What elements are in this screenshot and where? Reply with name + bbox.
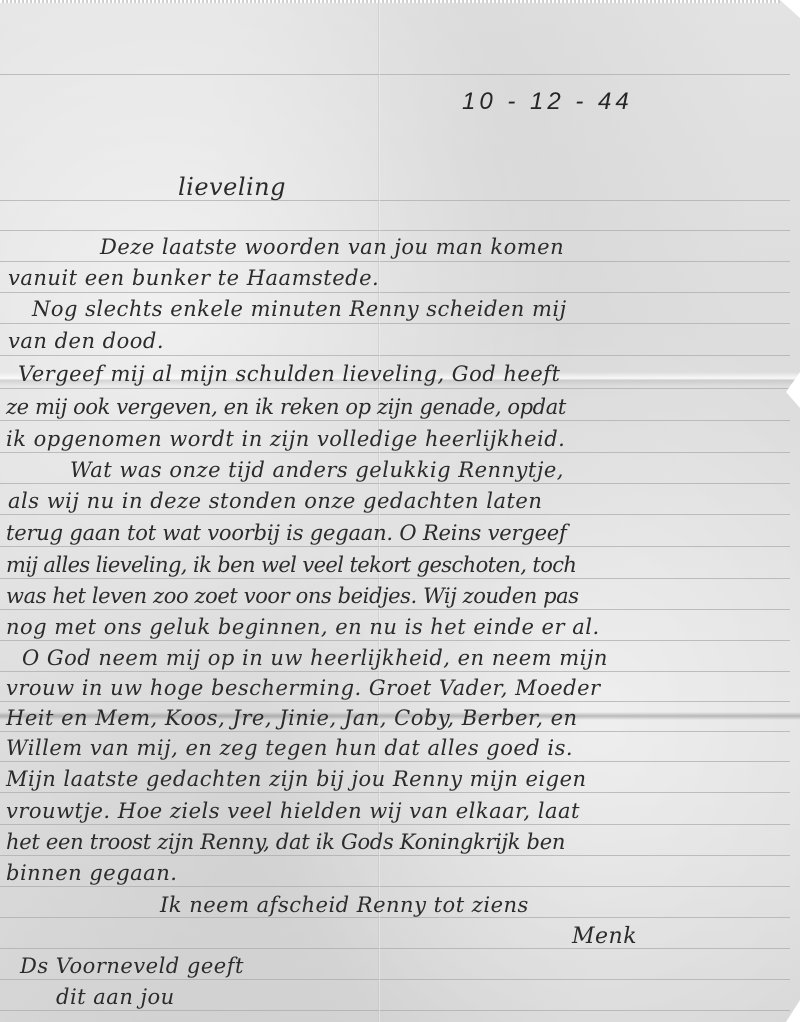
ruled-line bbox=[0, 671, 790, 672]
ruled-line bbox=[0, 261, 790, 262]
ruled-line bbox=[0, 514, 790, 515]
letter-line: van den dood. bbox=[8, 331, 164, 352]
signature: Menk bbox=[572, 926, 637, 948]
ruled-line bbox=[0, 483, 790, 484]
letter-line: Vergeef mij al mijn schulden lieveling, … bbox=[18, 364, 560, 385]
letter-line: vanuit een bunker te Haamstede. bbox=[8, 268, 379, 289]
ruled-line bbox=[0, 792, 790, 793]
ruled-line bbox=[0, 292, 790, 293]
letter-line: vrouw in uw hoge bescherming. Groet Vade… bbox=[6, 678, 601, 699]
letter-paper: 10 - 12 - 44 lieveling Deze laatste woor… bbox=[0, 0, 800, 1022]
ruled-line bbox=[0, 609, 790, 610]
letter-line: Heit en Mem, Koos, Jre, Jinie, Jan, Coby… bbox=[6, 708, 578, 729]
ruled-line bbox=[0, 546, 790, 547]
letter-line: Wat was onze tijd anders gelukkig Rennyt… bbox=[70, 460, 564, 481]
ruled-line bbox=[0, 1010, 790, 1011]
ruled-line bbox=[0, 578, 790, 579]
perforated-edge bbox=[0, 0, 780, 3]
letter-line: Willem van mij, en zeg tegen hun dat all… bbox=[6, 738, 573, 759]
ruled-line bbox=[0, 230, 790, 231]
closing-line: Ik neem afscheid Renny tot ziens bbox=[160, 895, 529, 916]
ruled-line bbox=[0, 917, 790, 918]
ruled-line bbox=[0, 200, 790, 201]
letter-line: nog met ons geluk beginnen, en nu is het… bbox=[6, 617, 600, 638]
ruled-line bbox=[0, 323, 790, 324]
letter-date: 10 - 12 - 44 bbox=[462, 90, 633, 114]
letter-line: Deze laatste woorden van jou man komen bbox=[100, 237, 564, 258]
ruled-line bbox=[0, 761, 790, 762]
letter-line: mij alles lieveling, ik ben wel veel tek… bbox=[6, 555, 576, 576]
letter-line: binnen gegaan. bbox=[6, 863, 177, 884]
ruled-line bbox=[0, 452, 790, 453]
letter-line: terug gaan tot wat voorbij is gegaan. O … bbox=[6, 523, 567, 544]
letter-line: Mijn laatste gedachten zijn bij jou Renn… bbox=[6, 769, 587, 790]
letter-line: ze mij ook vergeven, en ik reken op zijn… bbox=[6, 397, 566, 418]
ruled-line bbox=[0, 731, 790, 732]
letter-line: was het leven zoo zoet voor ons beidjes.… bbox=[6, 586, 579, 607]
ruled-line bbox=[0, 886, 790, 887]
letter-line: ik opgenomen wordt in zijn volledige hee… bbox=[6, 429, 565, 450]
salutation: lieveling bbox=[178, 175, 286, 199]
ruled-line bbox=[0, 824, 790, 825]
letter-line: het een troost zijn Renny, dat ik Gods K… bbox=[6, 832, 565, 853]
ruled-line bbox=[0, 640, 790, 641]
ruled-line bbox=[0, 74, 790, 75]
ruled-line bbox=[0, 388, 790, 389]
ruled-line bbox=[0, 355, 790, 356]
ruled-line bbox=[0, 855, 790, 856]
ruled-line bbox=[0, 420, 790, 421]
letter-line: O God neem mij op in uw heerlijkheid, en… bbox=[22, 648, 608, 669]
ruled-line bbox=[0, 948, 790, 949]
ruled-line bbox=[0, 979, 790, 980]
letter-line: vrouwtje. Hoe ziels veel hielden wij van… bbox=[6, 801, 580, 822]
postscript-line: dit aan jou bbox=[56, 987, 175, 1008]
ruled-line bbox=[0, 701, 790, 702]
letter-line: Nog slechts enkele minuten Renny scheide… bbox=[32, 299, 567, 320]
postscript-line: Ds Voorneveld geeft bbox=[20, 956, 244, 977]
letter-line: als wij nu in deze stonden onze gedachte… bbox=[8, 491, 542, 512]
